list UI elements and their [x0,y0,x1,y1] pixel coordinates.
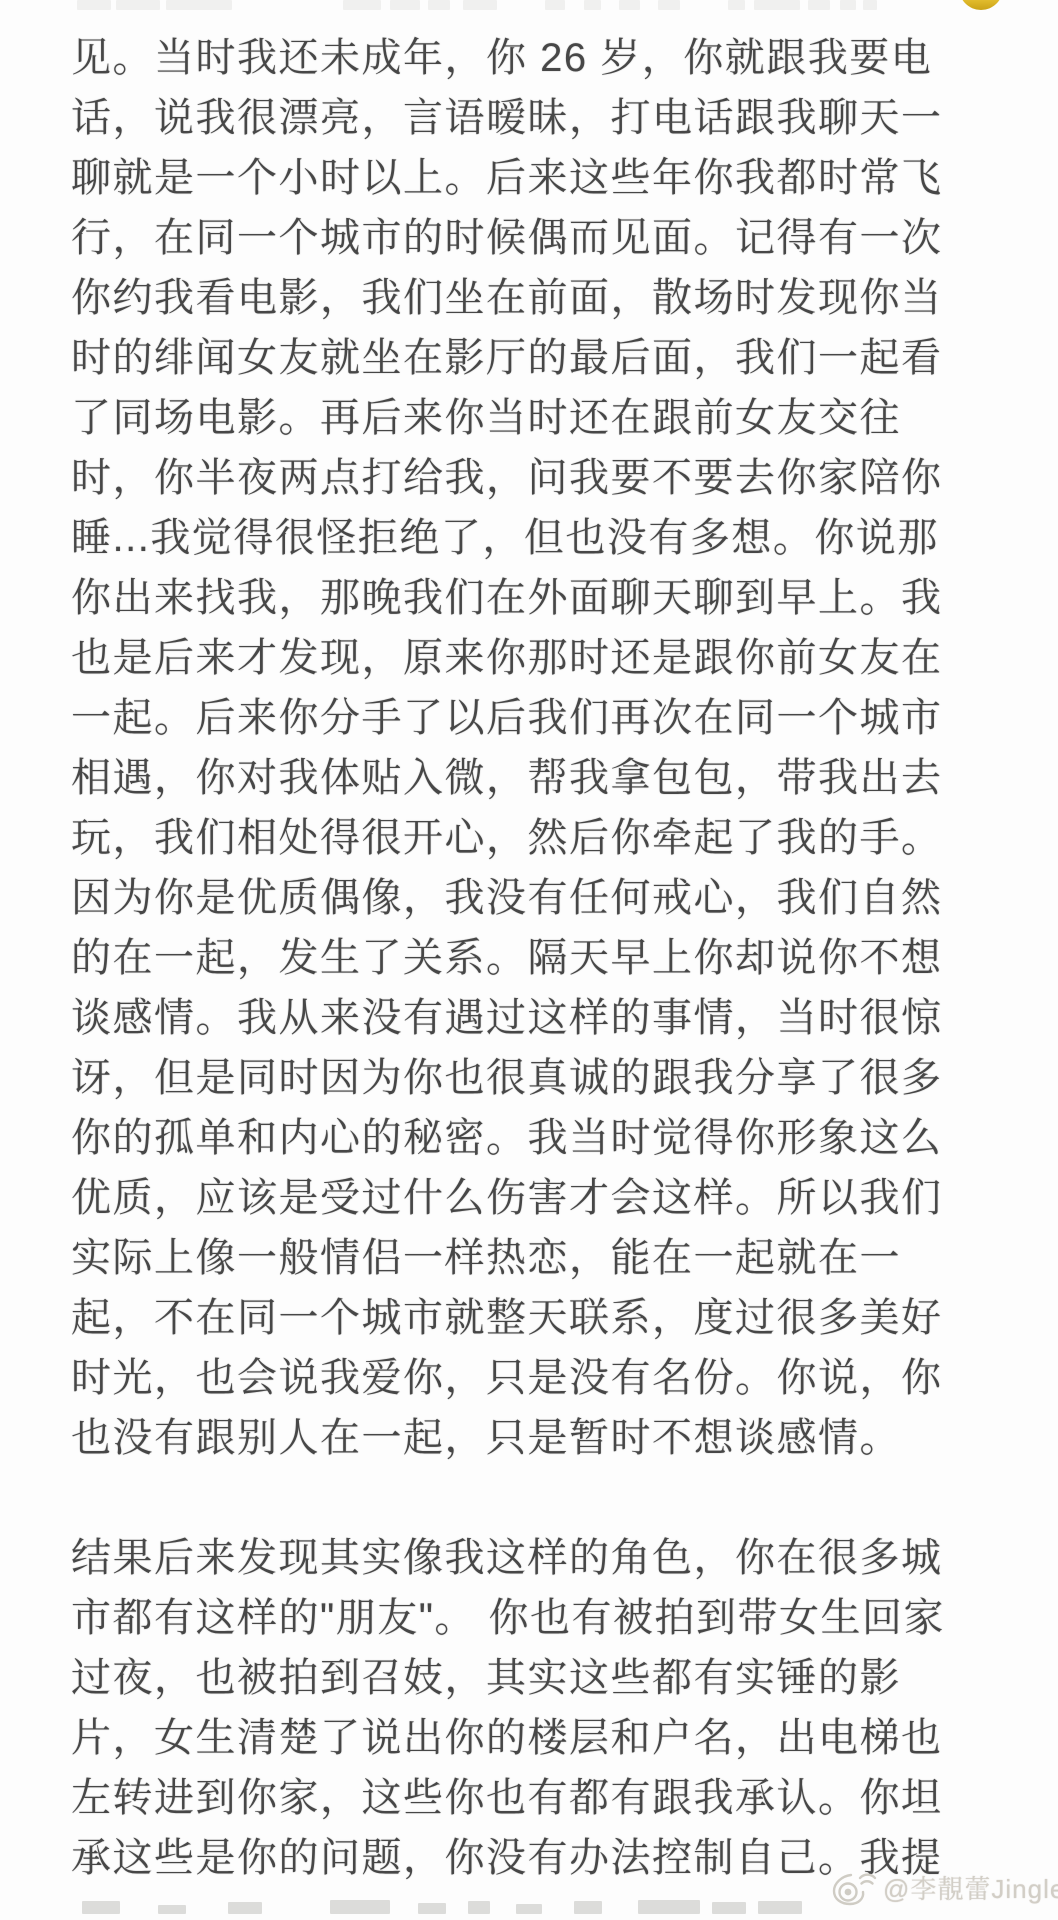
text-line: 谈感情。我从来没有遇过这样的事情，当时很惊 [71,988,991,1048]
text-line: 聊就是一个小时以上。后来这些年你我都时常飞 [71,148,991,208]
text-line: 市都有这样的"朋友"。 你也有被拍到带女生回家 [71,1588,991,1648]
text-line: 片，女生清楚了说出你的楼层和户名，出电梯也 [71,1708,991,1768]
text-line: 讶，但是同时因为你也很真诚的跟我分享了很多 [71,1048,991,1108]
emoji-fragment [959,0,1003,10]
cutoff-text-remnant [808,0,830,10]
cutoff-text-remnant [116,0,160,10]
text-line: 也没有跟别人在一起，只是暂时不想谈感情。 [71,1408,991,1468]
text-line: 实际上像一般情侣一样热恋，能在一起就在一 [71,1228,991,1288]
text-line: 了同场电影。再后来你当时还在跟前女友交往 [71,388,991,448]
cutoff-text-remnant [82,1901,120,1914]
watermark-handle: @李靚蕾Jinglei [883,1869,1058,1906]
watermark: @李靚蕾Jinglei [830,1866,1058,1908]
text-line: 时光，也会说我爱你，只是没有名份。你说，你 [71,1348,991,1408]
cutoff-text-remnant [574,1901,602,1914]
text-line: 的在一起，发生了关系。隔天早上你却说你不想 [71,928,991,988]
weibo-logo-icon [830,1866,878,1908]
text-line: 过夜，也被拍到召妓，其实这些都有实锤的影 [71,1648,991,1708]
cutoff-text-remnant [638,1900,700,1914]
cutoff-text-remnant [545,0,565,10]
cutoff-text-remnant [728,0,745,10]
paragraph: 见。当时我还未成年，你 26 岁，你就跟我要电话，说我很漂亮，言语暧昧，打电话跟… [71,28,991,1468]
text-line: 行，在同一个城市的时候偶而见面。记得有一次 [71,208,991,268]
text-line: 睡...我觉得很怪拒绝了，但也没有多想。你说那 [71,508,991,568]
cutoff-text-remnant [619,0,640,10]
cutoff-text-remnant [158,1905,186,1914]
cutoff-text-remnant [428,0,450,10]
cutoff-text-remnant [658,0,680,10]
cutoff-text-remnant [166,0,232,10]
cutoff-text-remnant [863,0,877,10]
cutoff-text-remnant [754,0,800,10]
text-line: 优质，应该是受过什么伤害才会这样。所以我们 [71,1168,991,1228]
paragraph: 结果后来发现其实像我这样的角色，你在很多城市都有这样的"朋友"。 你也有被拍到带… [71,1528,991,1888]
cutoff-text-remnant [418,1903,446,1914]
text-line: 相遇，你对我体贴入微，帮我拿包包，带我出去 [71,748,991,808]
cutoff-text-remnant [840,0,856,10]
text-line: 结果后来发现其实像我这样的角色，你在很多城 [71,1528,991,1588]
text-line: 玩，我们相处得很开心，然后你牵起了我的手。 [71,808,991,868]
cutoff-text-remnant [516,1904,542,1914]
cutoff-text-remnant [330,1900,390,1914]
cutoff-text-remnant [463,0,497,10]
cutoff-text-remnant [468,1901,490,1914]
cutoff-text-remnant [584,0,601,10]
cutoff-text-remnant [77,0,111,10]
text-line: 见。当时我还未成年，你 26 岁，你就跟我要电 [71,28,991,88]
cutoff-text-remnant [228,1902,262,1914]
text-line: 也是后来才发现，原来你那时还是跟你前女友在 [71,628,991,688]
text-line: 你的孤单和内心的秘密。我当时觉得你形象这么 [71,1108,991,1168]
text-line: 左转进到你家，这些你也有都有跟我承认。你坦 [71,1768,991,1828]
text-line: 时，你半夜两点打给我，问我要不要去你家陪你 [71,448,991,508]
cutoff-text-remnant [712,1902,746,1914]
text-line: 你出来找我，那晚我们在外面聊天聊到早上。我 [71,568,991,628]
text-line: 话，说我很漂亮，言语暧昧，打电话跟我聊天一 [71,88,991,148]
text-line: 时的绯闻女友就坐在影厅的最后面，我们一起看 [71,328,991,388]
text-line: 因为你是优质偶像，我没有任何戒心，我们自然 [71,868,991,928]
cutoff-text-remnant [758,1901,802,1914]
text-line: 一起。后来你分手了以后我们再次在同一个城市 [71,688,991,748]
text-body: 见。当时我还未成年，你 26 岁，你就跟我要电话，说我很漂亮，言语暧昧，打电话跟… [71,28,991,1888]
text-line: 你约我看电影，我们坐在前面，散场时发现你当 [71,268,991,328]
text-line: 起，不在同一个城市就整天联系，度过很多美好 [71,1288,991,1348]
cutoff-text-remnant [343,0,381,10]
post-screenshot-page: 见。当时我还未成年，你 26 岁，你就跟我要电话，说我很漂亮，言语暧昧，打电话跟… [0,0,1058,1920]
cutoff-text-remnant [390,0,420,10]
